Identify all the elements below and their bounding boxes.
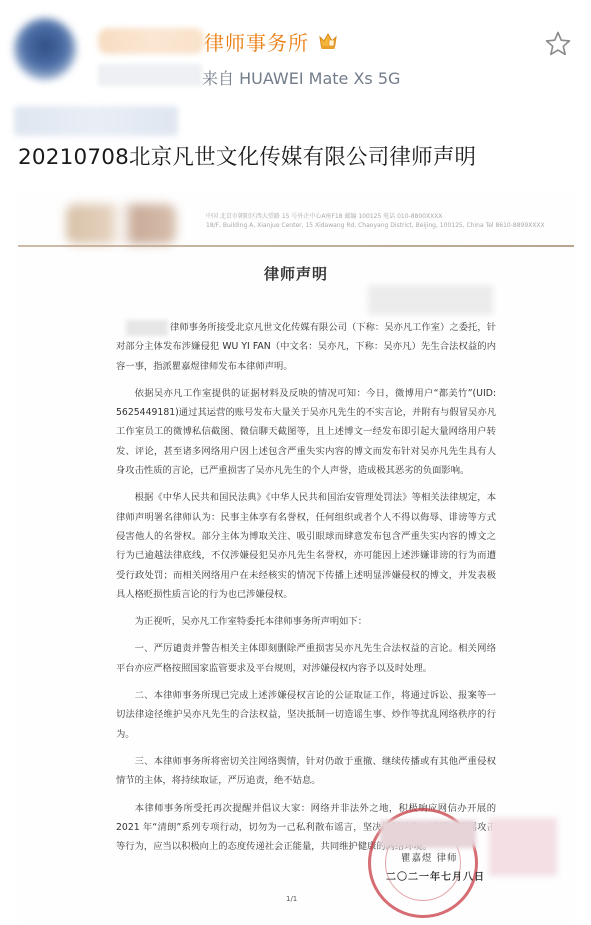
- paragraph: 为正视听，吴亦凡工作室特委托本律师事务所声明如下：: [116, 612, 496, 631]
- post-time-redacted: [98, 64, 202, 86]
- redacted-line: [14, 106, 178, 136]
- address-line-en: 18/F, Building A, Xianjue Center, 15 Xid…: [206, 221, 545, 230]
- document-image[interactable]: 中国 北京市朝阳区西大望路 15 号外企中心A座F18 邮编 100125 电话…: [18, 190, 574, 925]
- author-name-redacted: [98, 28, 204, 54]
- letterhead-divider: [18, 245, 574, 247]
- crown-icon: [318, 31, 338, 51]
- letterhead-address: 中国 北京市朝阳区西大望路 15 号外企中心A座F18 邮编 100125 电话…: [206, 212, 545, 230]
- paragraph: 依据吴亦凡工作室提供的证据材料及反映的情况可知：今日，微博用户“都美竹”(UID…: [116, 384, 496, 480]
- star-icon[interactable]: [544, 30, 572, 58]
- law-firm-name-redacted: [126, 320, 168, 336]
- paragraph: 三、本律师事务所将密切关注网络舆情，针对仍敢于重撤、继续传播或有其他严重侵权情节…: [116, 752, 496, 791]
- redacted-block: [380, 820, 476, 848]
- signature-name: 瞿嘉煜 律师: [401, 850, 458, 864]
- paragraph: 根据《中华人民共和国民法典》《中华人民共和国治安管理处罚法》等相关法律规定，本律…: [116, 488, 496, 604]
- post-text: 20210708北京凡世文化传媒有限公司律师声明: [18, 140, 476, 171]
- paragraph: 一、严厉谴责并警告相关主体即刻删除严重损害吴亦凡先生合法权益的言论。相关网络平台…: [116, 639, 496, 678]
- post-source: 来自 HUAWEI Mate Xs 5G: [202, 66, 400, 89]
- avatar[interactable]: [14, 18, 76, 80]
- signature-date: 二〇二一年七月八日: [386, 868, 485, 883]
- paragraph: 律师事务所接受北京凡世文化传媒有限公司（下称：吴亦凡工作室）之委托，针对部分主体…: [116, 318, 496, 376]
- address-line-cn: 中国 北京市朝阳区西大望路 15 号外企中心A座F18 邮编 100125 电话…: [206, 212, 545, 221]
- law-firm-logo-redacted: [66, 204, 176, 244]
- author-name[interactable]: 律师事务所: [204, 27, 309, 56]
- document-title: 律师声明: [18, 263, 574, 284]
- signature-redacted: [489, 818, 557, 876]
- post-header: 律师事务所 来自 HUAWEI Mate Xs 5G: [0, 0, 591, 100]
- redacted-block: [368, 285, 493, 315]
- document-body: 律师事务所接受北京凡世文化传媒有限公司（下称：吴亦凡工作室）之委托，针对部分主体…: [116, 318, 496, 864]
- paragraph: 二、本律师事务所现已完成上述涉嫌侵权言论的公证取证工作，将通过诉讼、报案等一切法…: [116, 686, 496, 744]
- page-number: 1/1: [286, 895, 297, 903]
